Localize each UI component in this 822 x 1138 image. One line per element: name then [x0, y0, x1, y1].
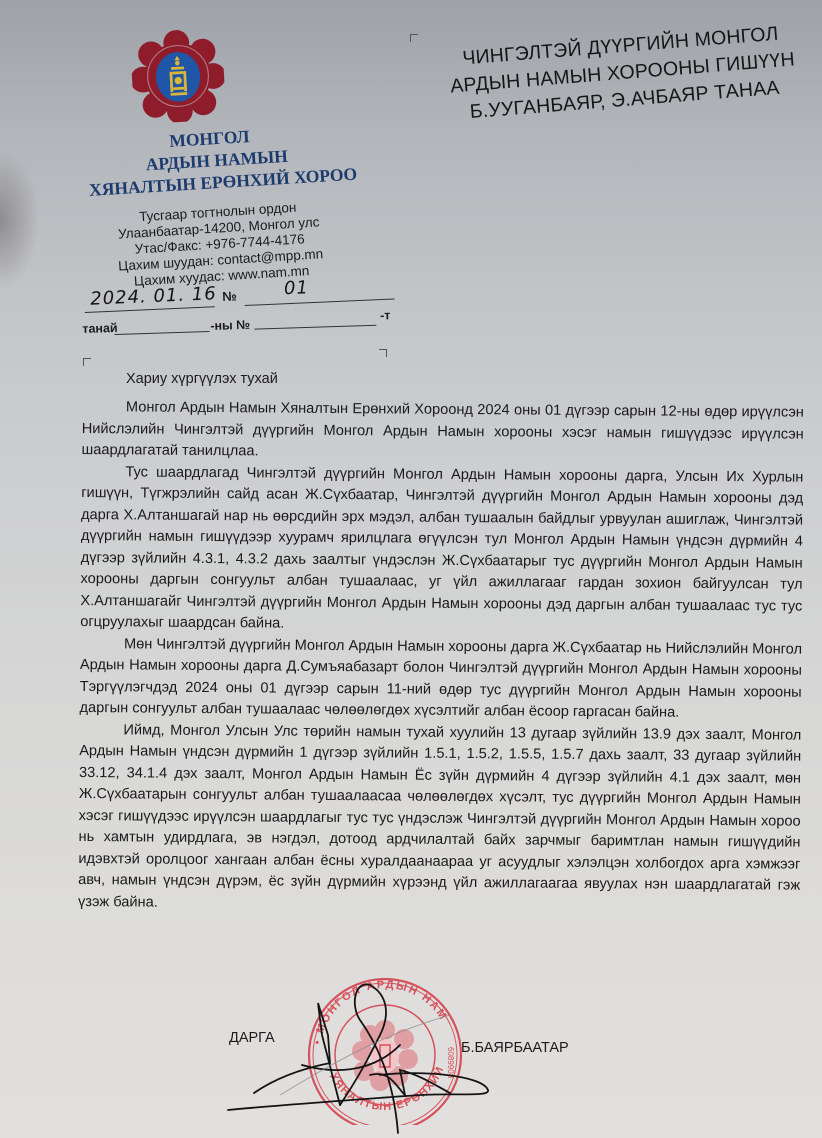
letter-body: Монгол Ардын Намын Хяналтын Ерөнхий Хоро… [78, 397, 804, 919]
ref-mid: -ны № [210, 318, 250, 333]
body-paragraph: Тус шаардлагад Чингэлтэй дүүргийн Монгол… [80, 461, 803, 639]
ref-date-underline [115, 331, 210, 335]
corner-mark [379, 349, 387, 357]
corner-mark [410, 34, 418, 42]
handwritten-date: 2024. 01. 16 [90, 283, 217, 309]
subject-line: Хариу хүргүүлэх тухай [126, 371, 278, 387]
page-shadow [0, 150, 40, 290]
body-paragraph: Иймд, Монгол Улсын Улс төрийн намын туха… [78, 719, 801, 918]
body-paragraph: Монгол Ардын Намын Хяналтын Ерөнхий Хоро… [81, 397, 803, 467]
number-label: № [222, 288, 237, 304]
mpp-emblem-icon [130, 28, 227, 125]
ref-suffix: -т [380, 308, 391, 322]
ref-prefix: танай [82, 321, 118, 336]
handwritten-number: 01 [284, 277, 310, 299]
letter-page: МОНГОЛ АРДЫН НАМЫН ХЯНАЛТЫН ЕРӨНХИЙ ХОРО… [0, 0, 822, 1138]
handwritten-signature-icon [220, 975, 510, 1135]
number-underline [245, 298, 395, 306]
ref-number-underline [254, 325, 376, 330]
body-paragraph: Мөн Чингэлтэй дүүргийн Монгол Ардын Намы… [79, 633, 802, 725]
org-name: МОНГОЛ АРДЫН НАМЫН ХЯНАЛТЫН ЕРӨНХИЙ ХОРО… [70, 118, 373, 202]
addressee-block: ЧИНГЭЛТЭЙ ДҮҮРГИЙН МОНГОЛ АРДЫН НАМЫН ХО… [430, 18, 815, 129]
corner-mark [83, 358, 91, 366]
